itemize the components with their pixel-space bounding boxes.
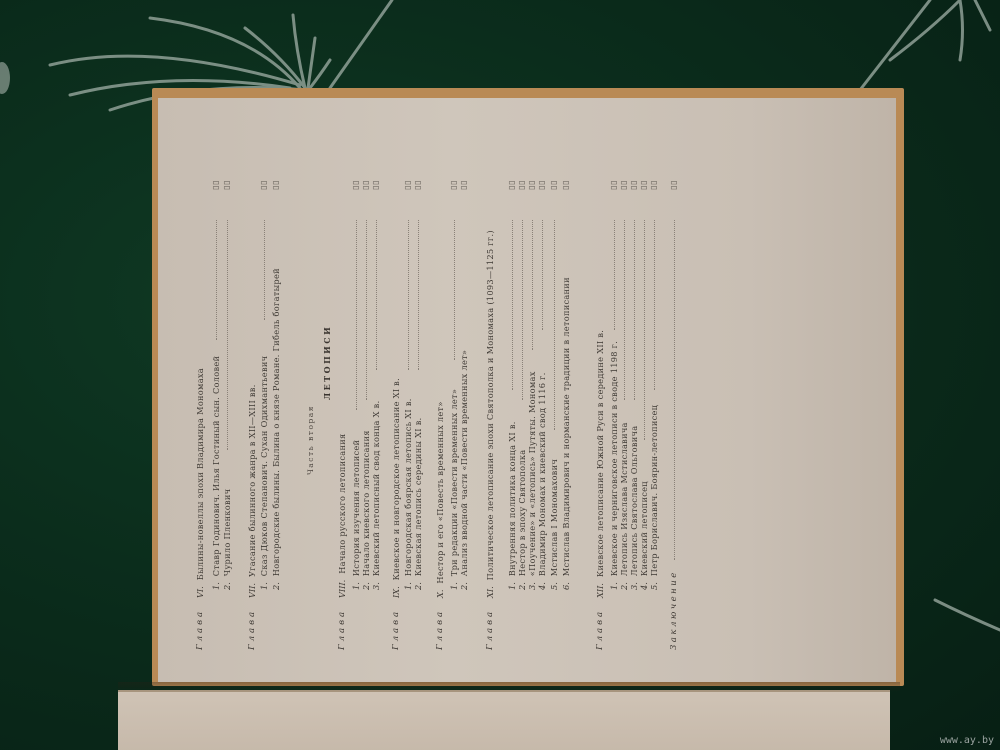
toc-chapter-7: Глава VII. Угасание былинного жанра в XI… <box>247 384 257 650</box>
page-number: ▯▯ <box>640 180 648 190</box>
toc-item: 1. Киевское и черниговское летописи в св… <box>609 180 619 590</box>
toc-item: 2. Летопись Изяслава Мстиславича ▯▯ <box>619 180 629 590</box>
chapter-title: Киевское летописание Южной Руси в середи… <box>596 330 604 577</box>
item-text: Петр Бориславич. Боярин-летописец <box>650 405 658 576</box>
chapter-number: VII. <box>248 583 256 598</box>
toc-chapter-10: Глава X. Нестор и его «Повесть временных… <box>435 401 445 650</box>
leader-dots <box>634 220 635 400</box>
chapter-label: Глава <box>392 598 401 650</box>
leader-dots <box>624 220 625 400</box>
leader-dots <box>227 220 228 450</box>
toc-chapter-9: Глава IX. Киевское и новгородское летопи… <box>391 378 401 650</box>
page-number: ▯▯ <box>372 180 380 190</box>
toc-item: 1. Ставр Годинович. Илья Гостиный сын. С… <box>211 180 221 590</box>
leader-dots <box>654 220 655 390</box>
item-text: Нестор в эпоху Святополка <box>518 450 526 577</box>
item-number: 5. <box>550 582 558 590</box>
item-text: Новгородские былины. Былина о князе Рома… <box>272 268 280 576</box>
leader-dots <box>554 220 555 430</box>
toc-chapter-11: Глава XI. Политическое летописание эпохи… <box>485 230 495 650</box>
page-number: ▯▯ <box>508 180 516 190</box>
page-number: ▯▯ <box>260 180 268 190</box>
toc-item: 1. История изучения летописей ▯▯ <box>351 180 361 590</box>
chapter-label: Глава <box>196 598 205 650</box>
page-number: ▯▯ <box>550 180 558 190</box>
next-page <box>118 690 890 750</box>
leader-dots <box>532 220 533 350</box>
item-text: «Поучение» и «летопись» Путяты. Мономах <box>528 371 536 576</box>
leader-dots <box>264 220 265 320</box>
item-number: 2. <box>620 582 628 590</box>
item-number: 2. <box>414 582 422 590</box>
item-number: 1. <box>260 582 268 590</box>
toc-chapter-8: Глава VIII. Начало русского летописания <box>337 434 347 650</box>
page-number: ▯▯ <box>352 180 360 190</box>
item-text: Владимир Мономах и киевский свод 1116 г. <box>538 372 546 576</box>
chapter-title: Нестор и его «Повесть временных лет» <box>436 401 444 583</box>
item-text: Мстислав Владимирович и норманские тради… <box>562 277 570 576</box>
toc-item: 1. Внутренняя политика конца XI в. ▯▯ <box>507 180 517 590</box>
item-number: 1. <box>450 582 458 590</box>
item-text: Новгородская боярская летопись XI в. <box>404 398 412 576</box>
toc-item: 5. Мстислав I Мономахович ▯▯ <box>549 180 559 590</box>
leader-dots <box>356 220 357 410</box>
chapter-number: VIII. <box>338 580 346 598</box>
page-number: ▯▯ <box>414 180 422 190</box>
page-number: ▯▯ <box>518 180 526 190</box>
item-number: 2. <box>223 582 231 590</box>
item-text: Киевский летописный свод конца X в. <box>372 401 380 577</box>
item-text: Летопись Святослава Ольговича <box>630 426 638 577</box>
item-text: Ставр Годинович. Илья Гостиный сын. Соло… <box>212 356 220 576</box>
toc-conclusion: Заключение ▯▯ <box>669 180 679 650</box>
item-text: Киевская летопись середины XI в. <box>414 417 422 576</box>
page-number: ▯▯ <box>670 180 678 190</box>
leader-dots <box>542 220 543 330</box>
toc-item: 2. Киевская летопись середины XI в. ▯▯ <box>413 180 423 590</box>
page-number: ▯▯ <box>223 180 231 190</box>
chapter-title: Киевское и новгородское летописание XI в… <box>392 378 400 580</box>
toc-item: 4. Киевский летописец ▯▯ <box>639 180 649 590</box>
page-number: ▯▯ <box>562 180 570 190</box>
toc-item: 2. Новгородские былины. Былина о князе Р… <box>271 180 281 590</box>
item-number: 5. <box>650 582 658 590</box>
chapter-number: VI. <box>196 586 204 598</box>
toc-chapter-12: Глава XII. Киевское летописание Южной Ру… <box>595 330 605 650</box>
leader-dots <box>418 220 419 370</box>
toc-item: 2. Нестор в эпоху Святополка ▯▯ <box>517 180 527 590</box>
leader-dots <box>408 220 409 370</box>
page-number: ▯▯ <box>404 180 412 190</box>
item-number: 3. <box>528 582 536 590</box>
item-number: 2. <box>362 582 370 590</box>
item-number: 1. <box>404 582 412 590</box>
toc-item: 1. Сказ Дюков Степанович. Сухан Одихмант… <box>259 180 269 590</box>
leader-dots <box>454 220 455 360</box>
item-number: 3. <box>372 582 380 590</box>
leader-dots <box>366 220 367 400</box>
item-number: 1. <box>610 582 618 590</box>
chapter-number: XII. <box>596 583 604 598</box>
page-number: ▯▯ <box>650 180 658 190</box>
item-text: Летопись Изяслава Мстиславича <box>620 422 628 576</box>
chapter-label: Глава <box>248 598 257 650</box>
toc-item: 1. Новгородская боярская летопись XI в. … <box>403 180 413 590</box>
watermark: www.ay.by <box>940 735 994 746</box>
leader-dots <box>512 220 513 390</box>
toc-item: 3. Летопись Святослава Ольговича ▯▯ <box>629 180 639 590</box>
leader-dots <box>216 220 217 340</box>
toc-item: 4. Владимир Мономах и киевский свод 1116… <box>537 180 547 590</box>
page-number: ▯▯ <box>272 180 280 190</box>
chapter-title: Начало русского летописания <box>338 434 346 574</box>
item-text: Киевское и черниговское летописи в своде… <box>610 341 618 576</box>
section-heading: ЛЕТОПИСИ <box>323 325 331 400</box>
toc-item: 2. Начало киевского летописания ▯▯ <box>361 180 371 590</box>
item-number: 2. <box>460 582 468 590</box>
toc-item: 2. Анализ вводной части «Повести временн… <box>459 180 469 590</box>
item-text: История изучения летописей <box>352 440 360 576</box>
toc-item: 1. Три редакции «Повести временных лет» … <box>449 180 459 590</box>
chapter-label: Глава <box>436 598 445 650</box>
chapter-label: Глава <box>338 598 347 650</box>
page-number: ▯▯ <box>620 180 628 190</box>
toc-item: 6. Мстислав Владимирович и норманские тр… <box>561 180 571 590</box>
item-text: Три редакции «Повести временных лет» <box>450 389 458 576</box>
toc-chapter-6: Глава VI. Былины-новеллы эпохи Владимира… <box>195 368 205 650</box>
part-title: Часть вторая <box>307 405 315 475</box>
chapter-title: Политическое летописание эпохи Святополк… <box>486 230 494 580</box>
item-text: Мстислав I Мономахович <box>550 459 558 576</box>
chapter-number: X. <box>436 590 444 598</box>
page-number: ▯▯ <box>212 180 220 190</box>
chapter-number: IX. <box>392 586 400 598</box>
chapter-title: Былины-новеллы эпохи Владимира Мономаха <box>196 368 204 580</box>
toc-item: 3. «Поучение» и «летопись» Путяты. Моном… <box>527 180 537 590</box>
page-number: ▯▯ <box>460 180 468 190</box>
chapter-title: Угасание былинного жанра в XII—XIII вв. <box>248 384 256 577</box>
chapter-number: XI. <box>486 586 494 598</box>
item-number: 4. <box>538 582 546 590</box>
item-number: 6. <box>562 582 570 590</box>
table-of-contents: Глава VI. Былины-новеллы эпохи Владимира… <box>195 180 695 650</box>
toc-item: 3. Киевский летописный свод конца X в. ▯… <box>371 180 381 590</box>
item-number: 1. <box>352 582 360 590</box>
leader-dots <box>644 220 645 440</box>
page-number: ▯▯ <box>362 180 370 190</box>
item-number: 2. <box>272 582 280 590</box>
leader-dots <box>522 220 523 400</box>
page-number: ▯▯ <box>528 180 536 190</box>
item-number: 4. <box>640 582 648 590</box>
item-number: 2. <box>518 582 526 590</box>
conclusion-label: Заключение <box>670 570 679 650</box>
leader-dots <box>376 220 377 370</box>
item-number: 1. <box>508 582 516 590</box>
chapter-label: Глава <box>596 598 605 650</box>
item-text: Чурило Пленкович <box>223 489 231 577</box>
leader-dots <box>674 220 675 560</box>
chapter-label: Глава <box>486 598 495 650</box>
page-number: ▯▯ <box>450 180 458 190</box>
toc-item: 2. Чурило Пленкович ▯▯ <box>222 180 232 590</box>
page-number: ▯▯ <box>630 180 638 190</box>
leader-dots <box>614 220 615 330</box>
toc-item: 5. Петр Бориславич. Боярин-летописец ▯▯ <box>649 180 659 590</box>
item-number: 3. <box>630 582 638 590</box>
item-text: Сказ Дюков Степанович. Сухан Одихмантьев… <box>260 356 268 577</box>
page-number: ▯▯ <box>610 180 618 190</box>
item-text: Начало киевского летописания <box>362 430 370 576</box>
item-text: Внутренняя политика конца XI в. <box>508 421 516 576</box>
page-number: ▯▯ <box>538 180 546 190</box>
item-text: Анализ вводной части «Повести временных … <box>460 350 468 576</box>
item-number: 1. <box>212 582 220 590</box>
item-text: Киевский летописец <box>640 481 648 576</box>
